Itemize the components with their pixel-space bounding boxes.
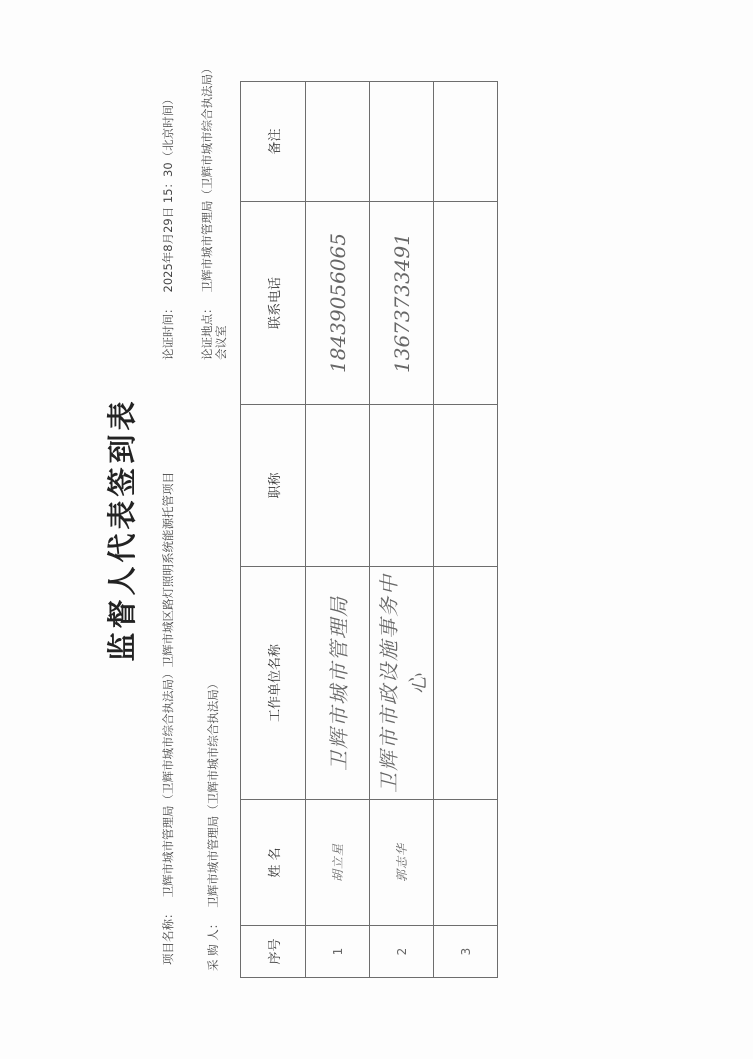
row-title	[370, 405, 434, 567]
row-remark	[370, 82, 434, 202]
row-name-signature: 胡立星	[306, 800, 370, 926]
row-unit	[434, 567, 498, 800]
row-unit: 卫辉市市政设施事务中心	[370, 567, 434, 800]
header-title: 职称	[241, 405, 306, 567]
header-remark: 备注	[241, 82, 306, 202]
project-name-value: 卫辉市城市管理局（卫辉市城市综合执法局）卫辉市城区路灯照明系统能源托管项目	[161, 472, 175, 898]
row-name-signature: 郭志华	[370, 800, 434, 926]
review-time-label: 论证时间：	[161, 303, 175, 361]
header-name: 姓 名	[241, 800, 306, 926]
row-phone: 18439056065	[306, 202, 370, 405]
purchaser-line: 采 购 人：卫辉市城市管理局（卫辉市城市综合执法局）	[205, 678, 221, 971]
review-location-value: 卫辉市城市管理局（卫辉市城市综合执法局）	[200, 63, 214, 293]
row-index: 1	[306, 926, 370, 978]
table-row: 2 郭志华 卫辉市市政设施事务中心 13673733491	[370, 82, 434, 978]
row-remark	[434, 82, 498, 202]
row-phone: 13673733491	[370, 202, 434, 405]
row-index: 3	[434, 926, 498, 978]
row-name-signature	[434, 800, 498, 926]
document-title: 监督人代表签到表	[100, 0, 141, 1059]
review-time-line: 论证时间：2025年8月29日 15：30（北京时间）	[160, 93, 176, 360]
sign-in-sheet-page: 监督人代表签到表 项目名称：卫辉市城市管理局（卫辉市城市综合执法局）卫辉市城区路…	[0, 0, 753, 1059]
row-title	[434, 405, 498, 567]
review-location-line: 论证地点：卫辉市城市管理局（卫辉市城市综合执法局） 会议室	[200, 63, 228, 361]
table-row: 1 胡立星 卫辉市城市管理局 18439056065	[306, 82, 370, 978]
review-location-value-line2: 会议室	[214, 326, 228, 361]
purchaser-label: 采 购 人：	[206, 918, 220, 971]
review-time-value: 2025年8月29日 15：30（北京时间）	[161, 93, 175, 292]
review-location-label: 论证地点：	[200, 303, 214, 361]
project-name-line: 项目名称：卫辉市城市管理局（卫辉市城市综合执法局）卫辉市城区路灯照明系统能源托管…	[160, 472, 176, 965]
header-unit: 工作单位名称	[241, 567, 306, 800]
row-remark	[306, 82, 370, 202]
header-phone: 联系电话	[241, 202, 306, 405]
purchaser-value: 卫辉市城市管理局（卫辉市城市综合执法局）	[206, 678, 220, 908]
header-index: 序号	[241, 926, 306, 978]
row-unit: 卫辉市城市管理局	[306, 567, 370, 800]
row-title	[306, 405, 370, 567]
row-index: 2	[370, 926, 434, 978]
table-header-row: 序号 姓 名 工作单位名称 职称 联系电话 备注	[241, 82, 306, 978]
sign-in-table: 序号 姓 名 工作单位名称 职称 联系电话 备注 1 胡立星 卫辉市城市管理局 …	[240, 81, 498, 978]
row-phone	[434, 202, 498, 405]
project-name-label: 项目名称：	[161, 908, 175, 966]
table-row: 3	[434, 82, 498, 978]
